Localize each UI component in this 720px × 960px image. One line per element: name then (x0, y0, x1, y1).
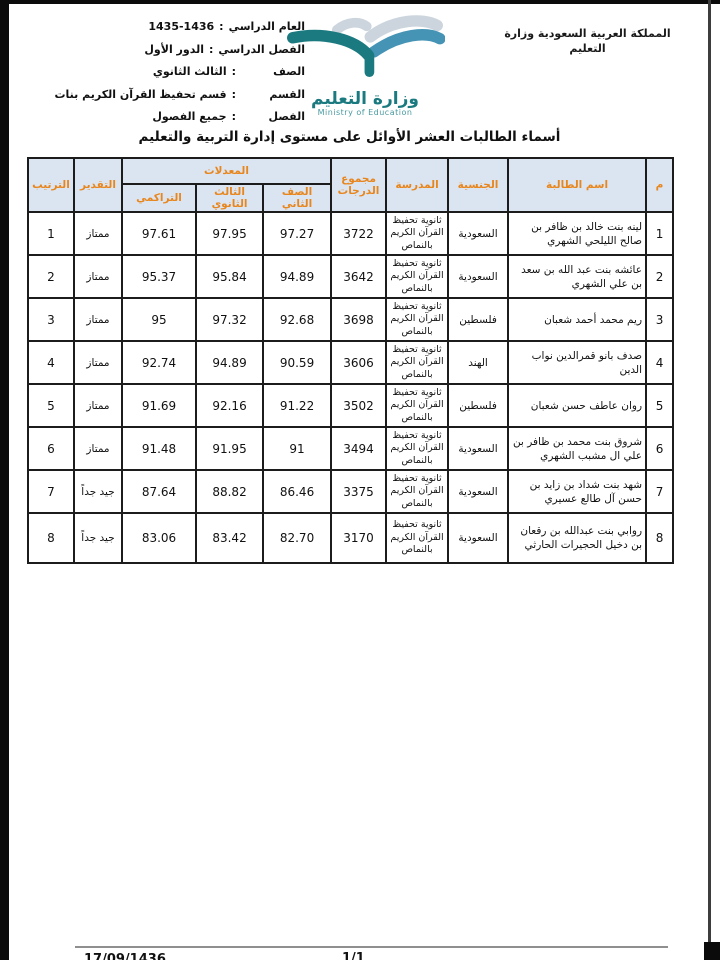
cell-number: 7 (646, 470, 673, 513)
cell-cumulative-avg: 87.64 (122, 470, 196, 513)
cell-rank: 4 (28, 341, 74, 384)
cell-total: 3606 (331, 341, 386, 384)
cell-cumulative-avg: 95.37 (122, 255, 196, 298)
info-label: الفصل (241, 110, 305, 123)
colon: : (232, 65, 236, 78)
cell-rank: 3 (28, 298, 74, 341)
cell-school: ثانوية تحفيظ القرآن الكريم بالنماص (386, 384, 448, 427)
table-row: 3 ريم محمد أحمد شعبان فلسطين ثانوية تحفي… (28, 298, 673, 341)
cell-nationality: فلسطين (448, 298, 508, 341)
cell-grade: جيد جداً (74, 513, 122, 563)
info-row-department: القسم:قسم تحفيظ القرآن الكريم بنات (75, 88, 305, 111)
cell-number: 3 (646, 298, 673, 341)
logo-english-wordmark: Ministry of Education (280, 108, 450, 117)
ministry-name-text: المملكة العربية السعودية وزارة التعليم (495, 26, 680, 56)
cell-third-year-avg: 97.95 (196, 212, 263, 255)
cell-second-year-avg: 86.46 (263, 470, 331, 513)
cell-total: 3502 (331, 384, 386, 427)
cell-total: 3698 (331, 298, 386, 341)
cell-second-year-avg: 91 (263, 427, 331, 470)
cell-rank: 6 (28, 427, 74, 470)
colon: : (209, 43, 213, 56)
report-info-block: العام الدراسي:1435-1436 الفصل الدراسي:ال… (75, 20, 305, 133)
results-table-container: م اسم الطالبة الجنسية المدرسة مجموع الدر… (27, 157, 674, 564)
info-label: العام الدراسي (229, 20, 305, 33)
cell-cumulative-avg: 95 (122, 298, 196, 341)
cell-nationality: الهند (448, 341, 508, 384)
cell-nationality: السعودية (448, 255, 508, 298)
cell-cumulative-avg: 97.61 (122, 212, 196, 255)
cell-cumulative-avg: 91.48 (122, 427, 196, 470)
info-value: جميع الفصول (152, 110, 226, 123)
logo-arabic-wordmark: وزارة التعليم (280, 90, 450, 108)
table-row: 6 شروق بنت محمد بن ظافر بن علي ال مشبب ا… (28, 427, 673, 470)
cell-rank: 7 (28, 470, 74, 513)
cell-third-year-avg: 83.42 (196, 513, 263, 563)
cell-total: 3494 (331, 427, 386, 470)
col-header-second-year: الصف الثاني (263, 184, 331, 212)
cell-student-name: شروق بنت محمد بن ظافر بن علي ال مشبب الش… (508, 427, 646, 470)
info-value: الدور الأول (144, 43, 204, 56)
info-label: القسم (241, 88, 305, 101)
cell-number: 1 (646, 212, 673, 255)
cell-school: ثانوية تحفيظ القرآن الكريم بالنماص (386, 212, 448, 255)
info-value: قسم تحفيظ القرآن الكريم بنات (54, 88, 226, 101)
cell-school: ثانوية تحفيظ القرآن الكريم بالنماص (386, 255, 448, 298)
cell-school: ثانوية تحفيظ القرآن الكريم بالنماص (386, 298, 448, 341)
cell-third-year-avg: 97.32 (196, 298, 263, 341)
table-row: 7 شهد بنت شداد بن زايد بن حسن آل طالع عس… (28, 470, 673, 513)
info-row-semester: الفصل الدراسي:الدور الأول (75, 43, 305, 66)
cell-nationality: السعودية (448, 470, 508, 513)
cell-grade: ممتاز (74, 341, 122, 384)
info-row-grade-level: الصف:الثالث الثانوي (75, 65, 305, 88)
cell-grade: جيد جداً (74, 470, 122, 513)
cell-total: 3375 (331, 470, 386, 513)
info-label: الفصل الدراسي (218, 43, 305, 56)
ministry-logo: وزارة التعليم Ministry of Education (280, 14, 450, 117)
cell-total: 3642 (331, 255, 386, 298)
cell-rank: 2 (28, 255, 74, 298)
cell-student-name: صدف بانو قمرالدين نواب الدين (508, 341, 646, 384)
col-header-number: م (646, 158, 673, 212)
footer-divider (75, 946, 668, 948)
col-header-third-year: الثالث الثانوي (196, 184, 263, 212)
colon: : (219, 20, 223, 33)
ministry-logo-icon (285, 14, 445, 88)
scan-edge-right (708, 0, 711, 960)
cell-third-year-avg: 94.89 (196, 341, 263, 384)
table-row: 1 لينه بنت خالد بن ظافر بن صالح الليلحي … (28, 212, 673, 255)
cell-rank: 5 (28, 384, 74, 427)
cell-cumulative-avg: 92.74 (122, 341, 196, 384)
cell-rank: 1 (28, 212, 74, 255)
col-header-school: المدرسة (386, 158, 448, 212)
cell-third-year-avg: 91.95 (196, 427, 263, 470)
cell-total: 3722 (331, 212, 386, 255)
cell-third-year-avg: 88.82 (196, 470, 263, 513)
info-row-academic-year: العام الدراسي:1435-1436 (75, 20, 305, 43)
cell-second-year-avg: 97.27 (263, 212, 331, 255)
cell-grade: ممتاز (74, 298, 122, 341)
cell-second-year-avg: 90.59 (263, 341, 331, 384)
cell-number: 2 (646, 255, 673, 298)
table-row: 2 عائشه بنت عبد الله بن سعد بن علي الشهر… (28, 255, 673, 298)
scan-edge-left (0, 0, 9, 960)
cell-number: 5 (646, 384, 673, 427)
cell-school: ثانوية تحفيظ القرآن الكريم بالنماص (386, 513, 448, 563)
col-header-total-marks: مجموع الدرجات (331, 158, 386, 212)
cell-number: 8 (646, 513, 673, 563)
cell-grade: ممتاز (74, 427, 122, 470)
colon: : (232, 88, 236, 101)
cell-third-year-avg: 95.84 (196, 255, 263, 298)
cell-cumulative-avg: 91.69 (122, 384, 196, 427)
col-header-nationality: الجنسية (448, 158, 508, 212)
cell-student-name: روان عاطف حسن شعبان (508, 384, 646, 427)
cell-nationality: السعودية (448, 212, 508, 255)
col-header-grade: التقدير (74, 158, 122, 212)
footer-date: 17/09/1436 (84, 952, 166, 960)
cell-number: 4 (646, 341, 673, 384)
cell-total: 3170 (331, 513, 386, 563)
col-header-averages-group: المعدلات (122, 158, 331, 184)
results-table: م اسم الطالبة الجنسية المدرسة مجموع الدر… (27, 157, 674, 564)
cell-grade: ممتاز (74, 212, 122, 255)
document-page: المملكة العربية السعودية وزارة التعليم و… (0, 0, 720, 960)
cell-grade: ممتاز (74, 384, 122, 427)
colon: : (232, 110, 236, 123)
cell-nationality: فلسطين (448, 384, 508, 427)
cell-grade: ممتاز (74, 255, 122, 298)
cell-student-name: ريم محمد أحمد شعبان (508, 298, 646, 341)
col-header-student-name: اسم الطالبة (508, 158, 646, 212)
cell-student-name: عائشه بنت عبد الله بن سعد بن علي الشهري (508, 255, 646, 298)
table-row: 8 روابي بنت عبدالله بن رقعان بن دخيل الح… (28, 513, 673, 563)
footer-page-number: 1/1 (342, 951, 365, 960)
cell-nationality: السعودية (448, 513, 508, 563)
info-label: الصف (241, 65, 305, 78)
cell-school: ثانوية تحفيظ القرآن الكريم بالنماص (386, 470, 448, 513)
cell-school: ثانوية تحفيظ القرآن الكريم بالنماص (386, 427, 448, 470)
info-value: 1435-1436 (148, 20, 214, 33)
cell-second-year-avg: 91.22 (263, 384, 331, 427)
cell-school: ثانوية تحفيظ القرآن الكريم بالنماص (386, 341, 448, 384)
cell-student-name: روابي بنت عبدالله بن رقعان بن دخيل الحجي… (508, 513, 646, 563)
col-header-cumulative: التراكمي (122, 184, 196, 212)
cell-number: 6 (646, 427, 673, 470)
cell-rank: 8 (28, 513, 74, 563)
cell-student-name: شهد بنت شداد بن زايد بن حسن آل طالع عسير… (508, 470, 646, 513)
cell-cumulative-avg: 83.06 (122, 513, 196, 563)
cell-second-year-avg: 82.70 (263, 513, 331, 563)
table-row: 5 روان عاطف حسن شعبان فلسطين ثانوية تحفي… (28, 384, 673, 427)
scan-edge-top (0, 0, 720, 4)
table-row: 4 صدف بانو قمرالدين نواب الدين الهند ثان… (28, 341, 673, 384)
page-title: أسماء الطالبات العشر الأوائل على مستوى إ… (27, 129, 672, 145)
cell-second-year-avg: 94.89 (263, 255, 331, 298)
info-value: الثالث الثانوي (153, 65, 227, 78)
scan-edge-corner (704, 942, 720, 960)
cell-student-name: لينه بنت خالد بن ظافر بن صالح الليلحي ال… (508, 212, 646, 255)
cell-third-year-avg: 92.16 (196, 384, 263, 427)
cell-second-year-avg: 92.68 (263, 298, 331, 341)
cell-nationality: السعودية (448, 427, 508, 470)
col-header-rank: الترتيب (28, 158, 74, 212)
